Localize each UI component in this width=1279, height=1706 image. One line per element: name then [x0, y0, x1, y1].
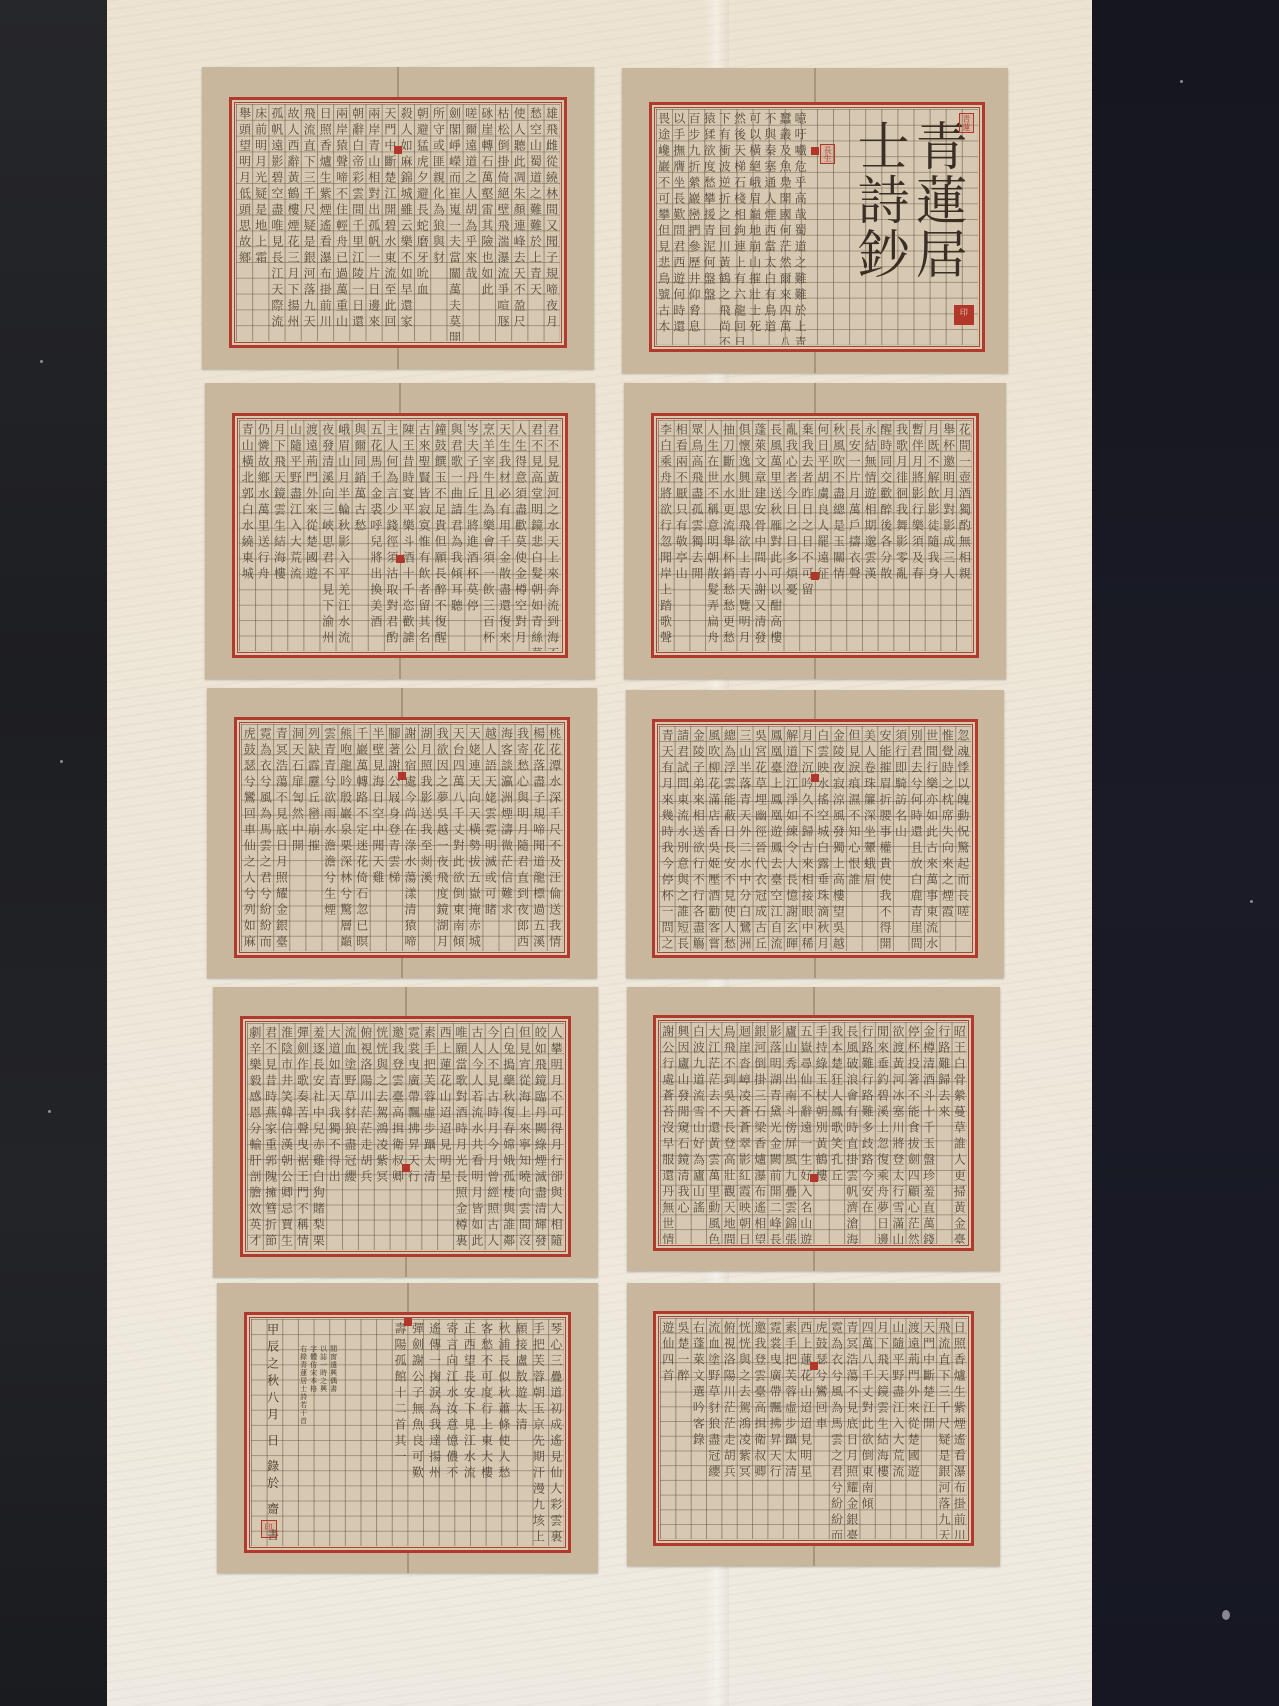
wall-speck [1222, 1610, 1230, 1620]
text-column: 永結無情遊相期邈雲漢 [862, 420, 878, 652]
text-column: 迴崖沓嶂凌蒼蒼翠影紅霞映朝日 [737, 1022, 752, 1244]
text-column: 仍憐故鄉水萬里送行舟 [255, 420, 271, 652]
title-line-1: 青蓮居 [910, 119, 962, 334]
red-frame: 君不見黃河之水天上來奔流到海不復回 君不見高堂明鏡悲白髮朝如青絲暮成雪 人生得意… [232, 413, 567, 659]
leaf-page: 雄飛雌從繞林間又聞子規啼夜月 愁空山蜀道之難難於上青天 使人聽此凋朱顏連峰去天不… [202, 67, 594, 369]
text-column: 雄飛雌從繞林間又聞子規啼夜月 [543, 104, 559, 341]
text-column: 湖月照我影送我至剡溪 [418, 724, 434, 951]
text-column: 月下飛天鏡雲生結海樓 [875, 1318, 890, 1539]
text-column: 霓為衣兮風為馬雲之君兮紛紛而來下 [257, 724, 273, 951]
text-column: 君不見昔時燕家重郭隗擁篲折節無嫌猜 [263, 1023, 279, 1250]
text-column: 天生我材必有用千金散盡還復來 [496, 420, 512, 652]
text-column: 所守或匪親化為狼與豺 [430, 104, 446, 341]
poem-text-block: 忽魂悸以魄動怳驚起而長嗟 惟覺時之枕席失向來之煙霞 世間行樂亦如此古來萬事東流水… [659, 726, 970, 951]
text-column: 陳王昔時宴平樂斗酒十千恣歡謔 [400, 420, 416, 652]
center-red-mark [811, 572, 819, 580]
text-column: 手持綠玉杖朝別黃鶴樓 [813, 1022, 828, 1244]
text-column: 忽魂悸以魄動怳驚起而長嗟 [955, 726, 971, 951]
text-column: 君不見黃河之水天上來奔流到海不復回 [545, 420, 561, 652]
poem-text-block: 日照香爐生紫煙遙看瀑布掛前川 飛流直下三千尺疑是銀河落九天 天門中斷楚江開 渡遠… [660, 1318, 967, 1539]
text-column: 抽刀斷水水更流舉杯銷愁愁更愁 [721, 420, 737, 652]
text-column: 別君去兮何時還且放白鹿青崖間 [908, 726, 924, 951]
red-frame: 日照香爐生紫煙遙看瀑布掛前川 飛流直下三千尺疑是銀河落九天 天門中斷楚江開 渡遠… [653, 1311, 974, 1546]
text-column: 下有衝波逆折之回川黃鶴之飛尚不得過 [717, 109, 732, 345]
text-column: 然後天梯石棧相鉤連上有六龍回日之高標 [732, 109, 747, 345]
text-column: 列缺霹靂丘巒崩摧 [305, 724, 321, 951]
text-column: 花間一壺酒獨酌無相親 [957, 420, 973, 652]
text-column: 我寄愁心與明月隨君直到夜郎西 [514, 724, 530, 951]
colophon-note-line: 以誌一時之興 [319, 1345, 328, 1393]
red-frame: 噫吁嚱危乎高哉蜀道之難難於上青天 蠶叢及魚鳧開國何茫然爾來四萬八千歲 不與秦塞通… [649, 102, 985, 352]
text-column: 恍恍與之去駕鴻凌紫冥 [374, 1023, 390, 1250]
text-column: 烹羊宰牛且為樂會須一飲三百杯 [480, 420, 496, 652]
text-column: 四萬八千丈對此欲倒東南傾 [859, 1318, 874, 1539]
text-column: 月下沉吟久不歸古來相接眼中稀 [799, 726, 815, 951]
center-red-mark [810, 1174, 818, 1182]
seal-upper: 青蓮 [959, 113, 974, 133]
poem-text-block: 花間一壺酒獨酌無相親 舉杯邀明月對影成三人 月既不解飲影徒隨我身 暫伴月將影行樂… [658, 420, 973, 652]
text-column: 鳳凰臺上鳳凰遊鳳去臺空江自流 [768, 726, 784, 951]
text-column: 大道如青天我獨不得出 [326, 1023, 342, 1250]
poem-text-block: 昭王白骨縈蔓草誰人更掃黃金臺 行路難歸去來 金樽清酒斗十千玉盤珍羞直萬錢 停杯投… [660, 1022, 967, 1244]
text-column: 眾鳥高飛盡孤雲獨去閒 [689, 420, 705, 652]
text-column: 美人卷珠簾深坐顰蛾眉 [862, 726, 878, 951]
text-column: 吳楚一醉 [675, 1318, 690, 1539]
text-column: 總為浮雲能蔽日長安不見使人愁 [722, 726, 738, 951]
text-column: 舉杯邀明月對影成三人 [941, 420, 957, 652]
text-column: 但見宵從海上來寧知曉向雲間沒 [516, 1023, 532, 1250]
text-column: 俯視洛陽川茫茫走胡兵 [358, 1023, 374, 1250]
red-frame: 忽魂悸以魄動怳驚起而長嗟 惟覺時之枕席失向來之煙霞 世間行樂亦如此古來萬事東流水… [652, 719, 977, 958]
text-column: 李白乘舟將欲行忽聞岸上踏歌聲 [658, 420, 674, 652]
red-frame: 雄飛雌從繞林間又聞子規啼夜月 愁空山蜀道之難難於上青天 使人聽此凋朱顏連峰去天不… [229, 97, 566, 348]
text-column: 俱懷逸興壯思飛欲上青天覽明月 [736, 420, 752, 652]
text-column: 蓬萊文章建安骨中間小謝又清發 [752, 420, 768, 652]
text-column: 長安一片月萬戶擣衣聲 [846, 420, 862, 652]
center-red-mark [402, 1164, 410, 1172]
wall-speck [60, 760, 63, 763]
text-column: 風吹柳花滿店香吳姬壓酒勸客嘗 [706, 726, 722, 951]
text-column: 主人何為言少錢徑須沽取對君酌 [384, 420, 400, 652]
text-column: 長風破浪會有時直掛雲帆濟滄海 [844, 1022, 859, 1244]
text-column: 嗟爾遠道之人胡為乎來哉 [463, 104, 479, 341]
text-column: 邀我登雲臺高揖衛叔卿 [752, 1318, 767, 1539]
text-column: 金陵夜寂涼風發獨上高樓望吳越 [830, 726, 846, 951]
text-column: 孤帆遠影碧空盡唯見長江天際流 [269, 104, 285, 341]
text-column: 月下飛天鏡雲生結海樓 [271, 420, 287, 652]
leaf-page: 昭王白骨縈蔓草誰人更掃黃金臺 行路難歸去來 金樽清酒斗十千玉盤珍羞直萬錢 停杯投… [627, 987, 1000, 1271]
text-column: 惟覺時之枕席失向來之煙霞 [939, 726, 955, 951]
text-column: 素手把芙蓉虛步躡太清 [421, 1023, 437, 1250]
red-frame: 桃花潭水深千尺不及汪倫送我情 楊花落盡子規啼聞道龍標過五溪 我寄愁心與明月隨君直… [234, 717, 569, 958]
leaf-page: 人攀明月不可得月行卻與人相隨 皎如飛鏡臨丹闕綠煙滅盡清輝發 但見宵從海上來寧知曉… [213, 987, 598, 1277]
text-column: 畏途巉巖不可攀但見悲鳥號古木 [656, 109, 671, 345]
poem-text-block: 雄飛雌從繞林間又聞子規啼夜月 愁空山蜀道之難難於上青天 使人聽此凋朱顏連峰去天不… [236, 104, 559, 341]
red-frame: 琴心三疊道初成遙見仙人彩雲裏 手把芙蓉朝玉京先期汗漫九垓上 願接盧敖遊太清 秋浦… [244, 1312, 572, 1553]
text-column: 天門中斷楚江開碧水東流至此回 [382, 104, 398, 341]
center-red-mark [811, 147, 819, 155]
text-column: 素手把芙蓉虛步躡太清 [783, 1318, 798, 1539]
wall-speck [1180, 80, 1183, 83]
text-column: 桃花潭水深千尺不及汪倫送我情 [547, 724, 563, 951]
text-column: 三山半落青天外二水中分白鷺洲 [737, 726, 753, 951]
center-red-mark [396, 555, 404, 563]
text-column: 邀我登雲臺高揖衛叔卿 [390, 1023, 406, 1250]
text-column: 影落明湖青黛光金闕前開二峰長 [767, 1022, 782, 1244]
text-column: 山隨平野盡江入大荒流 [287, 420, 303, 652]
text-column: 楊花落盡子規啼聞道龍標過五溪 [531, 724, 547, 951]
text-column: 遙傳一掬淚為我達揚州 [426, 1319, 443, 1546]
text-column: 我本楚狂人鳳歌笑孔丘 [829, 1022, 844, 1244]
text-column: 青天有月來幾時我今停杯一問之 [659, 726, 675, 951]
text-column: 正西望長安下見江水流 [461, 1319, 478, 1546]
text-column: 須行即騎訪名山 [893, 726, 909, 951]
text-column: 流血塗野草豺狼盡冠纓 [342, 1023, 358, 1250]
text-column: 解道澄江淨如練令人長憶謝玄暉 [784, 726, 800, 951]
text-column: 秋浦長似秋蕭條使人愁 [495, 1319, 512, 1546]
text-column: 我歌月徘徊我舞影零亂 [894, 420, 910, 652]
text-column: 謝公行處蒼苔沒早服還丹無世情 [660, 1022, 675, 1244]
text-column: 西上蓮花山迢迢見明星 [798, 1318, 813, 1539]
poem-text-block: 琴心三疊道初成遙見仙人彩雲裏 手把芙蓉朝玉京先期汗漫九垓上 願接盧敖遊太清 秋浦… [391, 1319, 564, 1546]
center-red-mark [810, 1362, 818, 1370]
text-column: 劍閣崢嶸而崔嵬一夫當關萬夫莫開 [446, 104, 462, 341]
center-red-mark [404, 1318, 412, 1326]
text-column: 白雲映水搖空城白露垂珠滴秋月 [815, 726, 831, 951]
text-column: 可以橫絕峨眉巔地崩山摧壯士死 [747, 109, 762, 345]
red-frame: 人攀明月不可得月行卻與人相隨 皎如飛鏡臨丹闕綠煙滅盡清輝發 但見宵從海上來寧知曉… [240, 1016, 571, 1257]
text-column: 千巖萬轉路不定迷花倚石忽已暝 [354, 724, 370, 951]
text-column: 羞逐長安社中兒赤雞白狗賭梨栗 [310, 1023, 326, 1250]
text-column: 床前明月光疑是地上霜 [253, 104, 269, 341]
text-column: 人生在世不稱意明朝散髮弄扁舟 [705, 420, 721, 652]
text-column: 安能摧眉折腰事權貴使我不得開心顏 [877, 726, 893, 951]
text-column: 不與秦塞通人煙西當太白有鳥道 [762, 109, 777, 345]
text-column: 日照香爐生紫煙遙看瀑布掛前川 [952, 1318, 967, 1539]
text-column: 銀河倒掛三石梁香爐瀑布遙相望 [752, 1022, 767, 1244]
text-column: 人生得意須盡歡莫使金樽空對月 [512, 420, 528, 652]
text-column: 岑夫子丹丘生將進酒杯莫停 [464, 420, 480, 652]
text-column: 天門中斷楚江開 [921, 1318, 936, 1539]
text-column: 兩岸猿聲啼不住輕舟已過萬重山 [333, 104, 349, 341]
center-red-mark [811, 774, 819, 782]
text-column: 月既不解飲影徒隨我身 [925, 420, 941, 652]
text-column: 停杯投箸不能食拔劍四顧心茫然 [906, 1022, 921, 1244]
poem-text-block: 桃花潭水深千尺不及汪倫送我情 楊花落盡子規啼聞道龍標過五溪 我寄愁心與明月隨君直… [241, 724, 562, 951]
text-column: 渡遠荊門外來從楚國遊 [906, 1318, 921, 1539]
seal-script-title: 青蓮居 士詩鈔 [777, 119, 962, 334]
text-column: 青冥浩蕩不見底日月照耀金銀臺 [844, 1318, 859, 1539]
center-red-mark [398, 772, 406, 780]
text-column: 欲渡黃河冰塞川將登太行雪滿山 [890, 1022, 905, 1244]
text-column: 砯崖轉石萬壑雷其險也如此 [479, 104, 495, 341]
text-column: 西上蓮花山迢迢見明星 [437, 1023, 453, 1250]
text-column: 手把芙蓉朝玉京先期汗漫九垓上 [530, 1319, 547, 1546]
text-column: 鳥飛不到吳天長登高壯觀天地間 [721, 1022, 736, 1244]
text-column: 古來聖賢皆寂寞惟有飲者留其名 [416, 420, 432, 652]
text-column: 君不見高堂明鏡悲白髮朝如青絲暮成雪 [529, 420, 545, 652]
text-column: 飛流直下三千尺疑是銀河落九天 [301, 104, 317, 341]
seal-lower: 印 [954, 305, 974, 325]
text-column: 行路難行路難多歧路今安在 [859, 1022, 874, 1244]
leaf-colophon-page: 琴心三疊道初成遙見仙人彩雲裏 手把芙蓉朝玉京先期汗漫九垓上 願接盧敖遊太清 秋浦… [217, 1283, 598, 1573]
colophon-signature: 甲辰之秋八月 日 錄於 齋 書 [265, 1323, 282, 1545]
text-column: 殺人如麻錦城雖云樂不如早還家 [398, 104, 414, 341]
text-column: 劇辛樂毅感恩分輸肝剖膽效英才 [247, 1023, 263, 1250]
red-frame: 花間一壺酒獨酌無相親 舉杯邀明月對影成三人 月既不解飲影徒隨我身 暫伴月將影行樂… [651, 413, 980, 659]
text-column: 以手撫膺坐長歎問君西遊何時還 [671, 109, 686, 345]
poem-text-block: 君不見黃河之水天上來奔流到海不復回 君不見高堂明鏡悲白髮朝如青絲暮成雪 人生得意… [239, 420, 560, 652]
text-column: 俯視洛陽川茫茫走胡兵 [721, 1318, 736, 1539]
text-column: 夜發清溪向三峽思君不見下渝州 [320, 420, 336, 652]
text-column: 興因廬山發閒窺石鏡清我心 [675, 1022, 690, 1244]
wall-speck [48, 1110, 51, 1113]
text-column: 天姥連天向天橫勢拔五嶽掩赤城 [466, 724, 482, 951]
title-line-2: 士詩鈔 [852, 119, 904, 334]
text-column: 今人不見古時月今月曾經照古人 [485, 1023, 501, 1250]
text-column: 琴心三疊道初成遙見仙人彩雲裏 [547, 1319, 564, 1546]
leaf-title-page: 噫吁嚱危乎高哉蜀道之難難於上青天 蠶叢及魚鳧開國何茫然爾來四萬八千歲 不與秦塞通… [622, 68, 1008, 373]
text-column: 愁空山蜀道之難難於上青天 [527, 104, 543, 341]
text-column: 青冥浩蕩不見底日月照耀金銀臺 [273, 724, 289, 951]
text-column: 吳宮花草埋幽徑晉代衣冠成古丘 [753, 726, 769, 951]
text-column: 相看兩不厭只有敬亭山 [673, 420, 689, 652]
text-column: 流血塗野草豺狼盡冠纓 [706, 1318, 721, 1539]
text-column: 五花馬千金裘呼兒將出換美酒 [368, 420, 384, 652]
text-column: 朝避猛虎夕避長蛇磨牙吮血 [414, 104, 430, 341]
text-column: 金樽清酒斗十千玉盤珍羞直萬錢 [921, 1022, 936, 1244]
text-column: 長風萬里送秋雁對此可以酣高樓 [768, 420, 784, 652]
text-column: 洞天石扉訇然中開 [289, 724, 305, 951]
text-column: 日照香爐生紫煙遙看瀑布掛前川 [317, 104, 333, 341]
text-column: 天台四萬八千丈對此欲倒東南傾 [450, 724, 466, 951]
leaf-page: 花間一壺酒獨酌無相親 舉杯邀明月對影成三人 月既不解飲影徒隨我身 暫伴月將影行樂… [624, 383, 1006, 679]
text-column: 壽陽孤館十二首其一 [391, 1319, 408, 1546]
text-column: 右蓬萊文選吟客錄 [691, 1318, 706, 1539]
text-column: 飛流直下三千尺疑是銀河落九天 [936, 1318, 951, 1539]
text-column: 鐘鼓饌玉不足貴但願長醉不復醒 [432, 420, 448, 652]
text-column: 彈劍作歌奏苦聲曳裾王門不稱情 [294, 1023, 310, 1250]
text-column: 越人語天姥雲霓明滅或可睹 [482, 724, 498, 951]
text-column: 人攀明月不可得月行卻與人相隨 [548, 1023, 564, 1250]
text-column: 彈劍謝公子無魚良可歎 [409, 1319, 426, 1546]
text-column: 醒時同交歡醉後各分散 [878, 420, 894, 652]
dark-wall-right [1090, 0, 1279, 1706]
text-column: 朝辭白帝彩雲間千里江陵一日還 [350, 104, 366, 341]
red-frame: 昭王白骨縈蔓草誰人更掃黃金臺 行路難歸去來 金樽清酒斗十千玉盤珍羞直萬錢 停杯投… [653, 1015, 974, 1251]
text-column: 願接盧敖遊太清 [512, 1319, 529, 1546]
text-column: 山隨平野盡江入大荒流 [890, 1318, 905, 1539]
colophon-note-line: 字體仿宋本格 [309, 1345, 318, 1393]
text-column: 淮陰市井笑韓信漢朝公卿忌賈生 [279, 1023, 295, 1250]
text-column: 謝公宿處今尚在淥水蕩漾清猿啼 [402, 724, 418, 951]
text-column: 白兔搗藥秋復春嫦娥孤棲與誰鄰 [501, 1023, 517, 1250]
text-column: 廬山秀出南斗傍屏風九疊雲錦張 [783, 1022, 798, 1244]
text-column: 半壁見海日空中聞天雞 [370, 724, 386, 951]
colophon-note-line: 右錄青蓮居士詩若干首 [299, 1345, 308, 1425]
artist-seal: 印 [261, 1520, 277, 1538]
text-column: 五嶽尋仙不辭遠一生好入名山遊 [798, 1022, 813, 1244]
text-column: 熊咆龍吟殷巖泉栗深林兮驚層巔 [338, 724, 354, 951]
text-column: 行路難歸去來 [936, 1022, 951, 1244]
text-column: 故人西辭黃鶴樓煙花三月下揚州 [285, 104, 301, 341]
text-column: 秋風吹不盡總是玉關情 [831, 420, 847, 652]
text-column: 峨眉山月半輪秋影入平羌江水流 [336, 420, 352, 652]
text-column: 海客談瀛洲煙濤微茫信難求 [498, 724, 514, 951]
wall-speck [1250, 900, 1253, 903]
text-column: 霓裳曳廣帶飄拂昇天行 [405, 1023, 421, 1250]
text-column: 百步九折縈巖巒捫參歷井仰脅息 [686, 109, 701, 345]
text-column: 渡遠荊門外來從楚國遊 [303, 420, 319, 652]
text-column: 世間行樂亦如此古來萬事東流水 [924, 726, 940, 951]
text-column: 我欲因之夢吳越一夜飛度鏡湖月 [434, 724, 450, 951]
text-column: 寄言向江水汝意憶儂不 [443, 1319, 460, 1546]
text-column: 青山橫北郭白水繞東城 [239, 420, 255, 652]
text-column: 白波九道流雪山好為廬山謠 [691, 1022, 706, 1244]
text-column: 大江茫茫去不還黃雲萬里動風色 [706, 1022, 721, 1244]
text-column: 恍恍與之去駕鴻凌紫冥 [737, 1318, 752, 1539]
text-column: 皎如飛鏡臨丹闕綠煙滅盡清輝發 [532, 1023, 548, 1250]
text-column: 但見淚痕濕不知心恨誰 [846, 726, 862, 951]
text-column: 唯願當歌對酒時月光長照金樽裏 [453, 1023, 469, 1250]
text-column: 遊仙四首 [660, 1318, 675, 1539]
text-column: 兩岸青山相對出孤帆一片日邊來 [366, 104, 382, 341]
text-column: 與君歌一曲請君為我傾耳聽 [448, 420, 464, 652]
text-column: 亂我心者今日之日多煩憂 [783, 420, 799, 652]
wall-speck [40, 360, 43, 363]
center-red-mark [394, 146, 402, 154]
text-column: 客愁不可度行上東大樓 [478, 1319, 495, 1546]
text-column: 虎鼓瑟兮鸞回車仙之人兮列如麻 [241, 724, 257, 951]
text-column: 昭王白骨縈蔓草誰人更掃黃金臺 [952, 1022, 967, 1244]
text-column: 棄我去者昨日之日不可留 [799, 420, 815, 652]
text-column: 與爾同銷萬古愁 [352, 420, 368, 652]
colophon-note-line: 閒窗遣興偶書 [329, 1345, 338, 1393]
leaf-page: 桃花潭水深千尺不及汪倫送我情 楊花落盡子規啼聞道龍標過五溪 我寄愁心與明月隨君直… [207, 688, 597, 978]
seal-small: 長生 [820, 144, 835, 164]
text-column: 腳著謝公屐身登青雲梯 [386, 724, 402, 951]
text-column: 雲青青兮欲雨水澹澹兮生煙 [322, 724, 338, 951]
poem-text-block: 人攀明月不可得月行卻與人相隨 皎如飛鏡臨丹闕綠煙滅盡清輝發 但見宵從海上來寧知曉… [247, 1023, 564, 1250]
text-column: 霓為衣兮風為馬雲之君兮紛紛而來下 [829, 1318, 844, 1539]
leaf-page: 君不見黃河之水天上來奔流到海不復回 君不見高堂明鏡悲白髮朝如青絲暮成雪 人生得意… [205, 383, 595, 679]
text-column: 暫伴月將影行樂須及春 [909, 420, 925, 652]
text-column: 霓裳曳廣帶飄拂昇天行 [767, 1318, 782, 1539]
text-column: 何日平胡虜良人罷遠征 [815, 420, 831, 652]
text-column: 枯松倒掛倚絕壁飛湍瀑流爭喧豗 [495, 104, 511, 341]
text-column: 猿猱欲度愁攀援青泥何盤盤 [702, 109, 717, 345]
text-column: 舉頭望明月低頭思故鄉 [236, 104, 252, 341]
text-column: 虎鼓瑟兮鸞回車 [813, 1318, 828, 1539]
dark-wall-left [0, 0, 110, 1706]
text-column: 金陵子弟來相送欲行不行各盡觴 [690, 726, 706, 951]
leaf-page: 忽魂悸以魄動怳驚起而長嗟 惟覺時之枕席失向來之煙霞 世間行樂亦如此古來萬事東流水… [626, 690, 1004, 978]
text-column: 請君試問東流水別意與之誰短長 [675, 726, 691, 951]
text-column: 使人聽此凋朱顏連峰去天不盈尺 [511, 104, 527, 341]
text-column: 閒來垂釣碧溪上忽復乘舟夢日邊 [875, 1022, 890, 1244]
leaf-page: 日照香爐生紫煙遙看瀑布掛前川 飛流直下三千尺疑是銀河落九天 天門中斷楚江開 渡遠… [627, 1283, 1000, 1566]
text-column: 古人今人若流水共看明月皆如此 [469, 1023, 485, 1250]
